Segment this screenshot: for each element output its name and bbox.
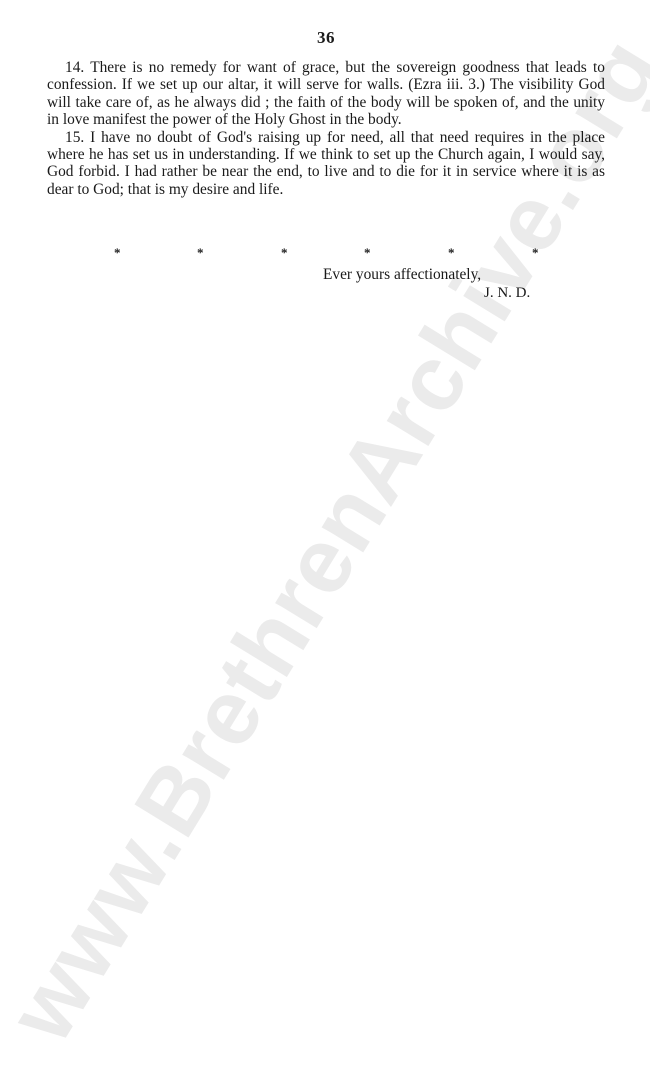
body-text: 14. There is no remedy for want of grace… [47, 59, 605, 198]
separator-star: * [197, 246, 204, 260]
paragraph-14: 14. There is no remedy for want of grace… [47, 59, 605, 129]
separator-star: * [532, 246, 539, 260]
paragraph-text: There is no remedy for want of grace, bu… [47, 59, 605, 128]
separator-star: * [281, 246, 288, 260]
paragraph-number: 15. [65, 129, 84, 146]
paragraph-number: 14. [65, 59, 84, 76]
paragraph-text: I have no doubt of God's raising up for … [47, 129, 605, 198]
separator-star: * [448, 246, 455, 260]
page-number: 36 [47, 28, 605, 48]
separator-star: * [114, 246, 121, 260]
section-separator: * * * * * * [47, 246, 605, 260]
separator-star: * [364, 246, 371, 260]
signature: J. N. D. [484, 285, 530, 302]
closing-salutation: Ever yours affectionately, [323, 266, 481, 283]
paragraph-15: 15. I have no doubt of God's raising up … [47, 129, 605, 199]
